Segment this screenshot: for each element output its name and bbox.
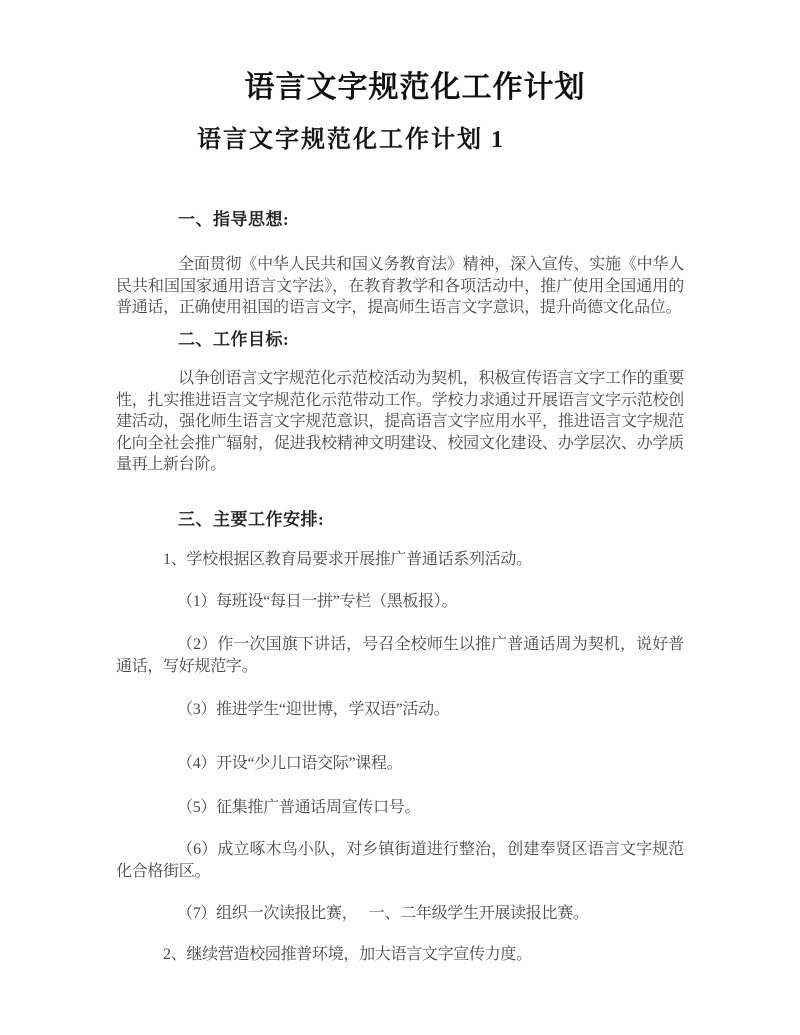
section-2-paragraph: 以争创语言文字规范化示范校活动为契机，积极宣传语言文字工作的重要性，扎实推进语言…	[116, 368, 684, 476]
work-subitem-2: （2）作一次国旗下讲话，号召全校师生以推广普通话周为契机，说好普通话，写好规范字…	[116, 634, 684, 677]
work-subitem-3: （3）推进学生“迎世博，学双语”活动。	[116, 699, 684, 721]
work-subitem-4: （4）开设“少儿口语交际”课程。	[116, 753, 684, 775]
work-subitem-1: （1）每班设“每日一拼”专栏（黑板报）。	[116, 591, 684, 613]
section-2-heading: 二、工作目标:	[116, 328, 684, 352]
work-item-1: 1、学校根据区教育局要求开展推广普通话系列活动。	[116, 549, 684, 571]
work-subitem-7: （7）组织一次读报比赛， 一、二年级学生开展读报比赛。	[116, 903, 684, 925]
document-page: 语言文字规范化工作计划 语言文字规范化工作计划 1 一、指导思想: 全面贯彻《中…	[0, 0, 800, 1035]
section-1-paragraph: 全面贯彻《中华人民共和国义务教育法》精神，深入宣传、实施《中华人民共和国国家通用…	[116, 254, 684, 319]
section-1-heading: 一、指导思想:	[116, 208, 684, 232]
section-3-heading: 三、主要工作安排:	[116, 508, 684, 532]
work-subitem-5: （5）征集推广普通话周宣传口号。	[116, 797, 684, 819]
doc-subtitle: 语言文字规范化工作计划 1	[116, 124, 756, 156]
doc-title: 语言文字规范化工作计划	[0, 70, 800, 106]
work-subitem-6: （6）成立啄木鸟小队，对乡镇街道进行整治，创建奉贤区语言文字规范化合格街区。	[116, 839, 684, 882]
work-item-2: 2、继续营造校园推普环境，加大语言文字宣传力度。	[116, 944, 684, 966]
